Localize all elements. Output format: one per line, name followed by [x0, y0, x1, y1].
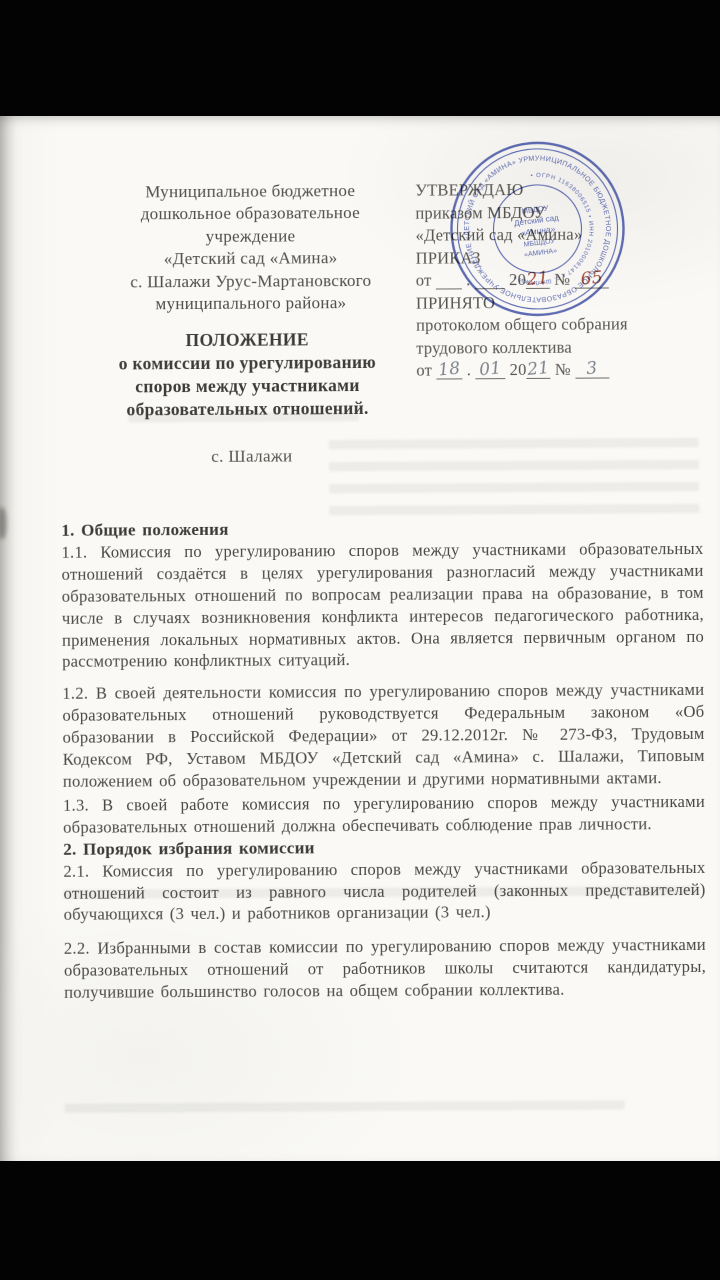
- number-blank: 65: [575, 272, 609, 288]
- organization-name-line: дошкольное образовательное: [83, 202, 417, 226]
- date-prefix: от: [416, 361, 432, 380]
- photo-background-bottom: [0, 1161, 720, 1280]
- photo-background-top: [0, 0, 720, 116]
- year-blank: 21: [527, 363, 551, 379]
- paragraph-1-2: 1.2. В своей деятельности комиссия по ур…: [62, 679, 705, 792]
- document-title-line: ПОЛОЖЕНИЕ: [72, 328, 422, 353]
- order-label: ПРИКАЗ: [416, 245, 712, 269]
- protocol-date-line: от 18 . 01 2021 № 3: [416, 358, 712, 382]
- bleedthrough-text: [65, 1100, 625, 1118]
- approved-by-line: «Детский сад «Амина»: [415, 223, 711, 247]
- approval-block: УТВЕРЖДАЮ приказом МБДОУ «Детский сад «А…: [415, 178, 712, 382]
- paragraph-2-1: 2.1. Комиссия по урегулированию споров м…: [63, 856, 705, 926]
- year-prefix: 20: [509, 270, 526, 289]
- accepted-label: ПРИНЯТО: [416, 290, 712, 314]
- month-blank: 01: [475, 363, 505, 379]
- paper-page: Муниципальное бюджетное дошкольное образ…: [0, 116, 720, 1161]
- organization-name-line: учреждение: [83, 224, 417, 248]
- document-body: 1. Общие положения 1.1. Комиссия по урег…: [61, 516, 706, 1004]
- organization-name-line: Муниципальное бюджетное: [83, 180, 417, 204]
- document-title-line: образовательных отношений.: [73, 397, 423, 422]
- number-blank: 3: [575, 362, 609, 378]
- protocol-number-handwritten: 3: [586, 361, 598, 376]
- paragraph-1-3: 1.3. В своей работе комиссия по урегулир…: [63, 791, 705, 839]
- paragraph-1-1: 1.1. Комиссия по урегулированию споров м…: [61, 538, 704, 673]
- accepted-protocol-line: протоколом общего собрания: [416, 313, 712, 337]
- approved-label: УТВЕРЖДАЮ: [415, 178, 711, 202]
- document-title-block: ПОЛОЖЕНИЕ о комиссии по урегулированию с…: [72, 328, 423, 422]
- number-sign: №: [554, 270, 570, 289]
- accepted-collective-line: трудового коллектива: [416, 335, 712, 359]
- organization-name-line: с. Шалажи Урус-Мартановского: [84, 269, 418, 293]
- order-number-handwritten: 65: [580, 271, 603, 287]
- organization-name-block: Муниципальное бюджетное дошкольное образ…: [83, 180, 418, 316]
- day-blank: 18: [436, 363, 462, 379]
- paragraph-2-2: 2.2. Избранными в состав комиссии по уре…: [64, 934, 706, 1004]
- day-blank: [436, 273, 462, 289]
- edge-smudge: [0, 507, 6, 539]
- date-prefix: от: [416, 271, 432, 290]
- order-date-line: от . 2021 № 65: [416, 268, 712, 292]
- document-title-line: споров между участниками: [72, 374, 422, 399]
- approved-by-line: приказом МБДОУ: [415, 200, 711, 224]
- year-handwritten: 21: [526, 271, 549, 287]
- document-title-line: о комиссии по урегулированию: [72, 351, 422, 376]
- year-prefix: 20: [510, 360, 527, 379]
- date-dot: .: [466, 270, 470, 289]
- organization-name-line: муниципального района»: [84, 292, 418, 316]
- date-dot: .: [467, 360, 471, 379]
- organization-name-line: «Детский сад «Амина»: [84, 247, 418, 271]
- place-line: с. Шалажи: [85, 446, 419, 468]
- paper-content: Муниципальное бюджетное дошкольное образ…: [0, 114, 720, 1163]
- day-handwritten: 18: [438, 361, 461, 377]
- month-handwritten: 01: [479, 361, 502, 377]
- year-blank: 21: [526, 273, 550, 289]
- number-sign: №: [555, 360, 571, 379]
- year-handwritten: 21: [527, 361, 550, 377]
- month-blank: [475, 273, 505, 289]
- scanned-document-photo: Муниципальное бюджетное дошкольное образ…: [0, 0, 720, 1280]
